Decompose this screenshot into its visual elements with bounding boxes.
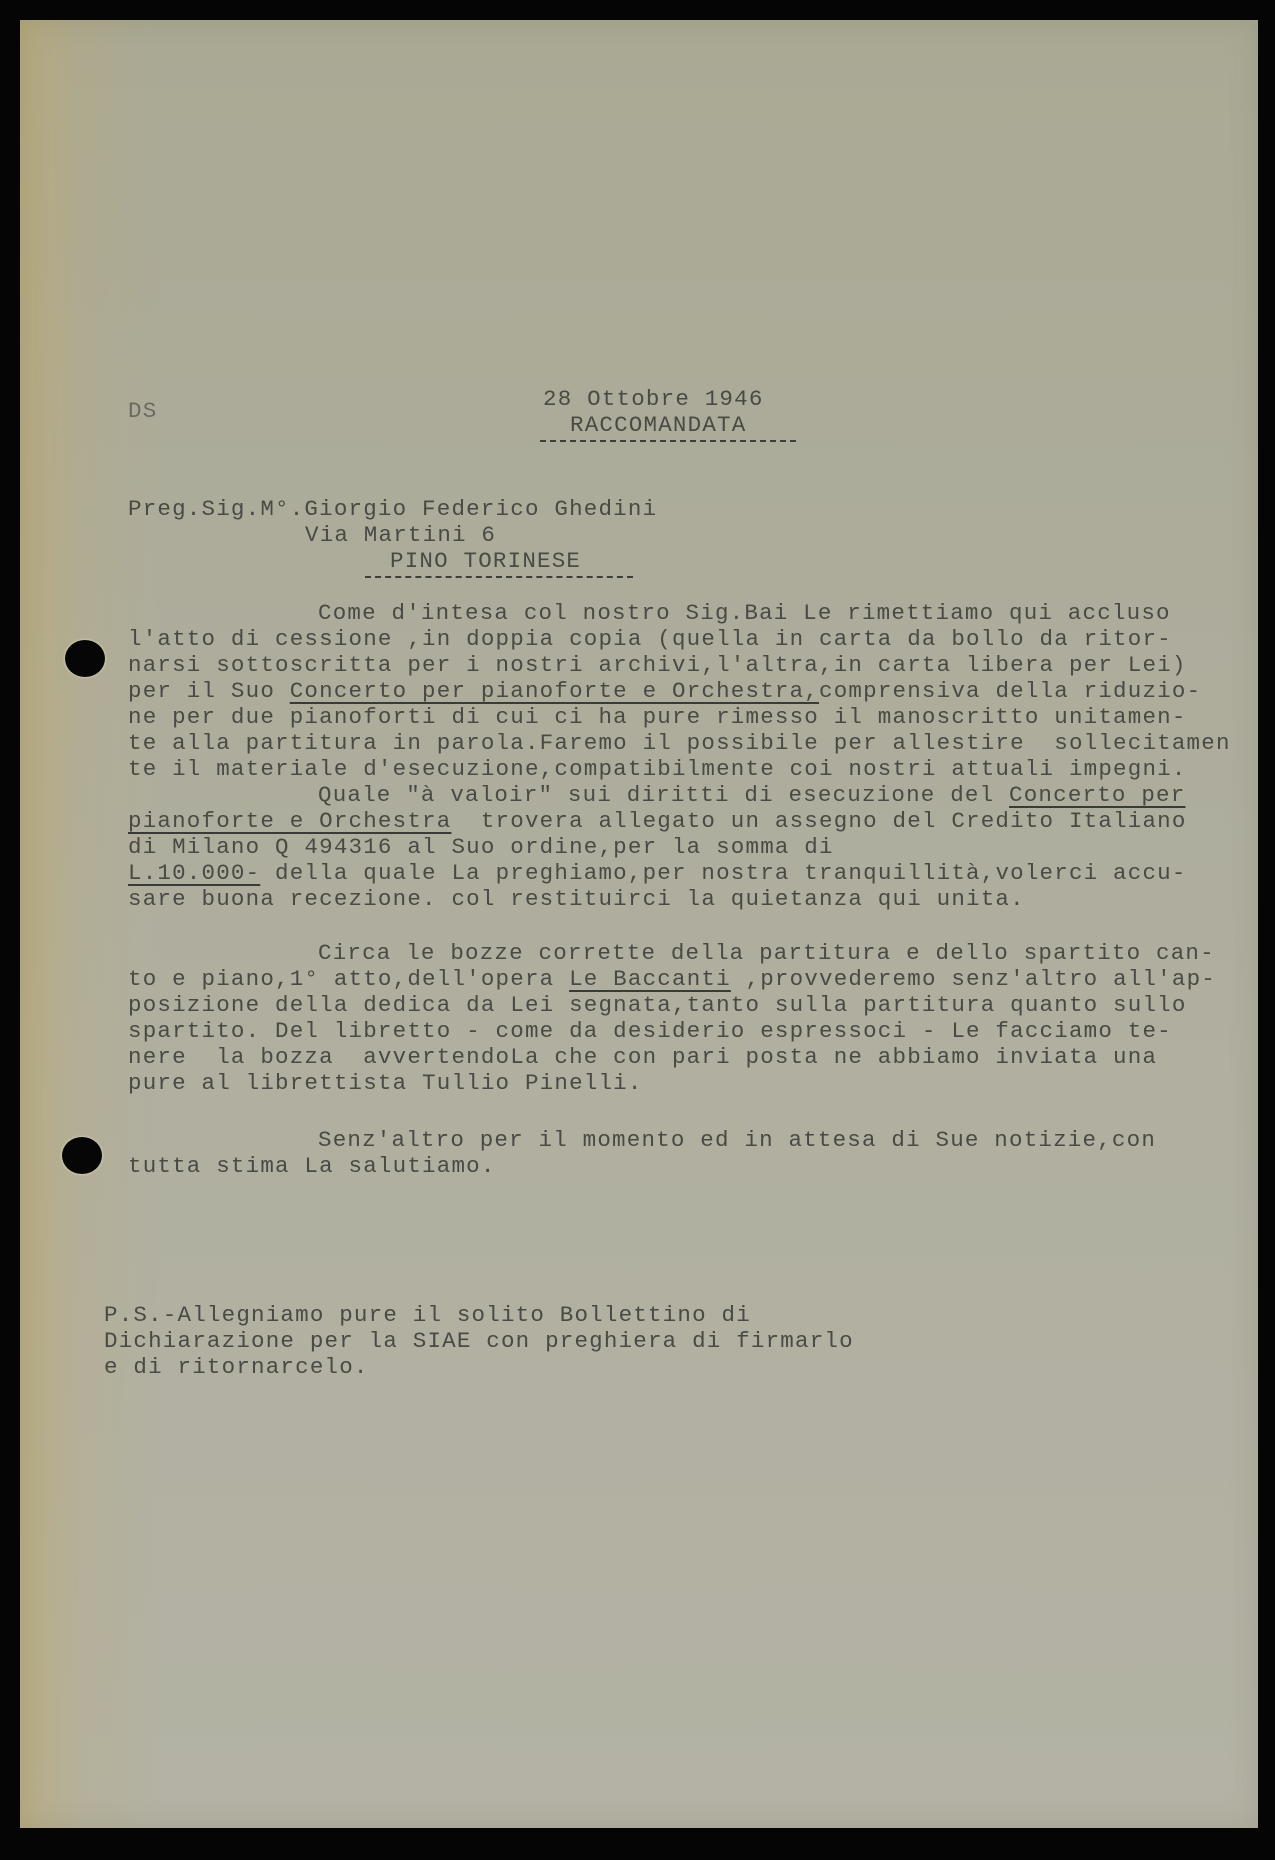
letter-date: 28 Ottobre 1946 [543,386,764,412]
body-line: posizione della dedica da Lei segnata,ta… [128,992,1187,1018]
body-line: Circa le bozze corrette della partitura … [318,940,1215,966]
punch-hole-bottom [62,1137,102,1174]
body-line: te alla partitura in parola.Faremo il po… [128,730,1231,756]
postscript-line: Dichiarazione per la SIAE con preghiera … [104,1328,854,1354]
body-line: to e piano,1° atto,dell'opera Le Baccant… [128,966,1216,992]
body-line: Quale "à valoir" sui diritti di esecuzio… [318,782,1185,808]
punch-hole-top [65,640,105,677]
body-line: Senz'altro per il momento ed in attesa d… [318,1127,1156,1153]
amount: L.10.000- [128,860,260,886]
postscript-line: e di ritornarcelo. [104,1354,369,1380]
recipient-name: Preg.Sig.M°.Giorgio Federico Ghedini [128,496,657,522]
reference-initials: DS [128,398,157,424]
body-line: Come d'intesa col nostro Sig.Bai Le rime… [318,600,1171,626]
work-title: Concerto per [1009,782,1185,808]
recipient-city: PINO TORINESE [390,548,581,574]
body-line: di Milano Q 494316 al Suo ordine,per la … [128,834,834,860]
body-line: tutta stima La salutiamo. [128,1153,496,1179]
recipient-street: Via Martini 6 [305,522,496,548]
body-line: l'atto di cessione ,in doppia copia (que… [128,626,1172,652]
body-line: ne per due pianoforti di cui ci ha pure … [128,704,1187,730]
body-line: per il Suo Concerto per pianoforte e Orc… [128,678,1201,704]
body-line: spartito. Del libretto - come da desider… [128,1018,1172,1044]
work-title: pianoforte e Orchestra [128,808,451,834]
body-line: te il materiale d'esecuzione,compatibilm… [128,756,1187,782]
body-line: pianoforte e Orchestra trovera allegato … [128,808,1187,834]
body-line: sare buona recezione. col restituirci la… [128,886,1025,912]
letter-page [20,20,1258,1828]
delivery-underline [540,440,796,442]
body-line: pure al librettista Tullio Pinelli. [128,1070,643,1096]
delivery-method: RACCOMANDATA [570,412,746,438]
city-underline [365,576,633,578]
postscript-line: P.S.-Allegniamo pure il solito Bollettin… [104,1302,751,1328]
body-line: nere la bozza avvertendoLa che con pari … [128,1044,1157,1070]
body-line: L.10.000- della quale La preghiamo,per n… [128,860,1187,886]
work-title: Concerto per pianoforte e Orchestra, [290,678,819,704]
body-line: narsi sottoscritta per i nostri archivi,… [128,652,1187,678]
opera-title: Le Baccanti [569,966,731,992]
